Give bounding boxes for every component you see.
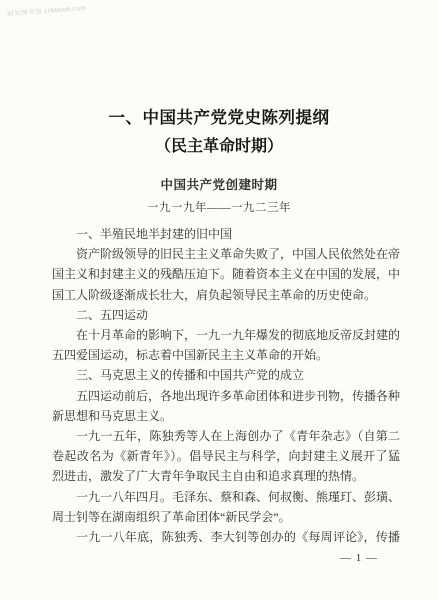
body-line: 一、半殖民地半封建的旧中国 bbox=[52, 224, 400, 244]
body-line: 三、马克思主义的传播和中国共产党的成立 bbox=[52, 365, 400, 385]
body-line: 五四运动前后，各地出现许多革命团体和进步刊物，传播各种 bbox=[52, 386, 400, 406]
body-line: 五四爱国运动，标志着中国新民主主义革命的开始。 bbox=[52, 345, 400, 365]
page-number: — 1 — bbox=[340, 552, 378, 564]
body-line: 周士钊等在湖南组织了革命团体“新民学会”。 bbox=[52, 507, 400, 527]
section-title: 中国共产党创建时期 bbox=[0, 175, 438, 193]
page-subtitle: （民主革命时期） bbox=[0, 133, 438, 156]
body-line: 国工人阶级逐渐成长壮大，肩负起领导民主革命的历史使命。 bbox=[52, 285, 400, 305]
page-title: 一、中国共产党党史陈列提纲 bbox=[0, 104, 438, 128]
body-line: 卷起改名为《新青年》）。倡导民主与科学，向封建主义展开了猛 bbox=[52, 446, 400, 466]
watermark: 时光图书馆 silkbook.com bbox=[7, 3, 87, 18]
body-line: 一九一八年底，陈独秀、李大钊等创办的《每周评论》，传播 bbox=[52, 527, 400, 547]
body-line: 一九一八年四月。毛泽东、蔡和森、何叔衡、熊瑾玎、彭璜、 bbox=[52, 487, 400, 507]
document-page: 时光图书馆 silkbook.com 一、中国共产党党史陈列提纲 （民主革命时期… bbox=[0, 0, 438, 600]
body-line: 资产阶级领导的旧民主主义革命失败了，中国人民依然处在帝 bbox=[52, 244, 400, 264]
body-line: 烈进击，激发了广大青年争取民主自由和追求真理的热情。 bbox=[52, 466, 400, 486]
body-line: 二、五四运动 bbox=[52, 305, 400, 325]
body-text: 一、半殖民地半封建的旧中国资产阶级领导的旧民主主义革命失败了，中国人民依然处在帝… bbox=[52, 224, 400, 547]
section-dates: 一九一九年——一九二三年 bbox=[0, 199, 438, 215]
body-line: 在十月革命的影响下，一九一九年爆发的彻底地反帝反封建的 bbox=[52, 325, 400, 345]
body-line: 国主义和封建主义的残酷压迫下。随着资本主义在中国的发展，中 bbox=[52, 264, 400, 284]
body-line: 一九一五年，陈独秀等人在上海创办了《青年杂志》（自第二 bbox=[52, 426, 400, 446]
body-line: 新思想和马克思主义。 bbox=[52, 406, 400, 426]
